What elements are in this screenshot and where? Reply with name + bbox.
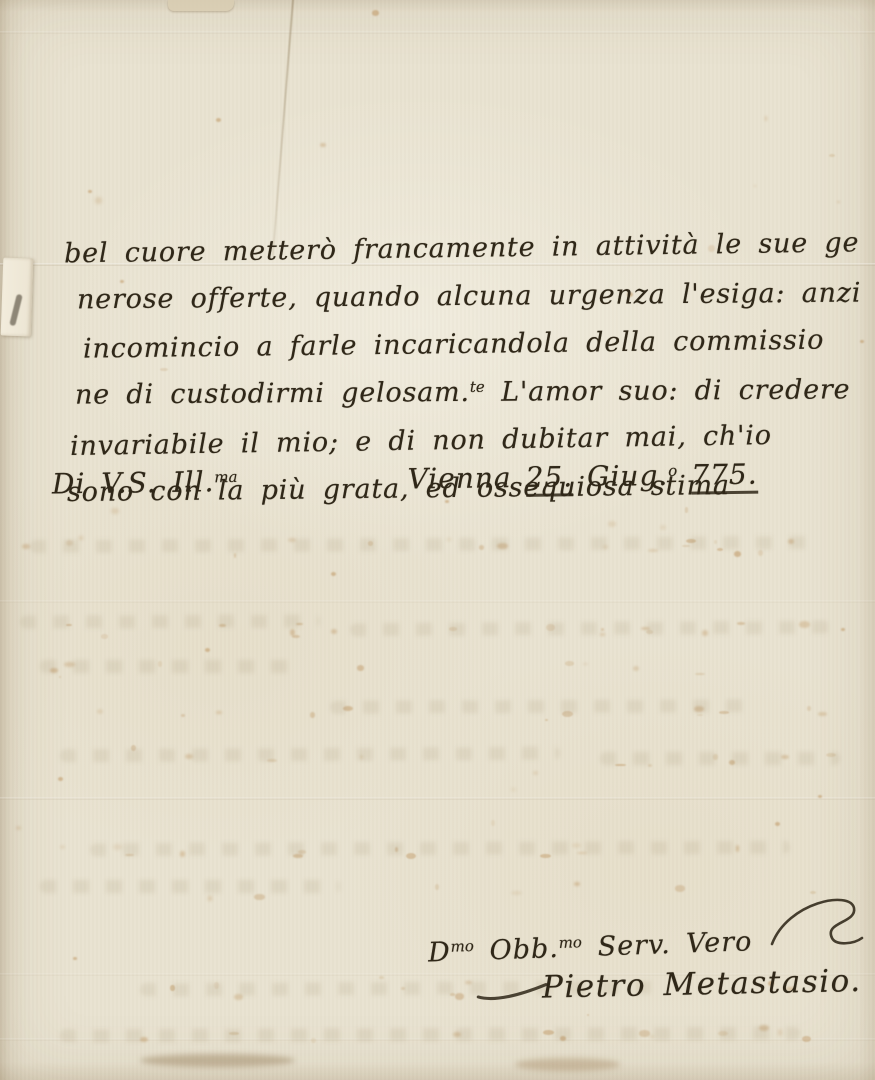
foxing-spot	[58, 777, 63, 781]
line-superscript: te	[470, 378, 485, 396]
tear-crease	[272, 0, 294, 256]
foxing-spot	[765, 116, 768, 121]
foxing-spot	[357, 665, 365, 671]
year-number: 775.	[691, 458, 758, 495]
foxing-spot	[562, 711, 573, 717]
foxing-spot	[435, 884, 439, 891]
foxing-spot	[686, 539, 696, 543]
foxing-spot	[714, 540, 717, 544]
foxing-spot	[234, 553, 236, 558]
foxing-spot	[641, 627, 651, 630]
foxing-spot	[343, 706, 353, 711]
foxing-spot	[208, 896, 212, 901]
foxing-spot	[73, 957, 77, 960]
foxing-spot	[288, 538, 295, 542]
foxing-spot	[180, 851, 186, 856]
foxing-spot	[368, 541, 374, 546]
foxing-spot	[587, 1014, 589, 1016]
ghost-text-row	[330, 699, 750, 713]
foxing-spot	[737, 622, 746, 625]
foxing-spot	[648, 764, 653, 767]
foxing-spot	[718, 1031, 729, 1036]
foxing-spot	[543, 1030, 554, 1035]
foxing-spot	[660, 525, 666, 531]
edge-smudge	[140, 1054, 295, 1067]
foxing-spot	[807, 706, 811, 711]
body-line-2: nerose offerte, quando alcuna urgenza l'…	[77, 267, 840, 322]
foxing-spot	[754, 185, 756, 188]
foxing-spot	[646, 630, 653, 634]
foxing-spot	[675, 885, 686, 891]
ghost-text-row	[90, 841, 790, 856]
foxing-spot	[818, 712, 827, 716]
foxing-spot	[781, 755, 789, 760]
foxing-spot	[601, 628, 605, 630]
day-number: 25.	[525, 460, 573, 497]
foxing-spot	[216, 711, 223, 714]
foxing-spot	[736, 845, 740, 852]
month-superscript: o	[668, 462, 677, 480]
foxing-spot	[540, 854, 551, 858]
foxing-spot	[79, 536, 83, 540]
foxing-spot	[379, 976, 384, 979]
foxing-spot	[401, 987, 405, 990]
foxing-spot	[788, 539, 794, 544]
foxing-spot	[360, 755, 363, 759]
foxing-spot	[574, 882, 580, 886]
foxing-spot	[695, 673, 705, 675]
foxing-spot	[59, 676, 61, 678]
foxing-spot	[234, 994, 244, 1000]
foxing-spot	[572, 843, 581, 848]
foxing-spot	[292, 635, 300, 638]
signature-block: Dmo Obb.mo Serv. Vero Pietro Metastasio.	[428, 930, 860, 1003]
foxing-spot	[372, 10, 379, 16]
foxing-spot	[702, 630, 709, 636]
foxing-spot	[511, 891, 522, 895]
fold-crease	[0, 797, 875, 800]
foxing-spot	[113, 844, 123, 850]
line-text: bel cuore metterò francamente in attivit…	[64, 227, 875, 270]
foxing-spot	[331, 629, 337, 634]
line-text: L'amor suo: di credere	[485, 374, 851, 408]
foxing-spot	[497, 543, 507, 548]
foxing-spot	[860, 340, 864, 343]
foxing-spot	[298, 850, 306, 854]
foxing-spot	[759, 1025, 769, 1031]
foxing-spot	[799, 621, 810, 628]
signature-name: Pietro Metastasio.	[542, 963, 862, 1006]
foxing-spot	[296, 623, 303, 625]
line-text: nerose offerte, quando alcuna urgenza l'…	[77, 277, 861, 315]
foxing-spot	[778, 1029, 782, 1036]
foxing-spot	[713, 754, 718, 761]
foxing-spot	[533, 771, 538, 775]
foxing-spot	[648, 549, 657, 552]
foxing-spot	[600, 633, 605, 635]
foxing-spot	[66, 540, 73, 546]
line-text: incomincio a farle incaricandola della c…	[83, 325, 825, 365]
foxing-spot	[214, 982, 219, 988]
ghost-text-row	[600, 752, 840, 765]
foxing-spot	[694, 706, 704, 712]
foxing-spot	[449, 627, 456, 630]
ghost-text-row	[40, 660, 300, 673]
foxing-spot	[125, 854, 134, 856]
fold-crease	[0, 1038, 875, 1041]
foxing-spot	[583, 663, 587, 665]
foxing-spot	[545, 719, 548, 722]
foxing-spot	[267, 759, 277, 763]
ghost-text-row	[60, 747, 560, 763]
paper-grain	[0, 0, 875, 1080]
foxing-spot	[841, 628, 845, 631]
foxing-spot	[818, 795, 822, 798]
foxing-spot	[758, 550, 763, 556]
foxing-spot	[331, 572, 336, 576]
foxing-spot	[734, 551, 741, 557]
foxing-spot	[205, 648, 210, 652]
foxing-spot	[16, 826, 21, 829]
salutation: Di V.S. Ill.ma	[52, 465, 238, 501]
foxing-spot	[639, 1030, 649, 1036]
foxing-spot	[170, 985, 174, 992]
foxing-spot	[729, 760, 735, 765]
foxing-spot	[22, 544, 29, 549]
edge-smudge	[515, 1058, 620, 1071]
fold-crease	[0, 31, 875, 34]
foxing-spot	[293, 854, 302, 857]
foxing-spot	[479, 545, 484, 550]
foxing-spot	[447, 538, 450, 541]
dateline: Vienna25.Giug.o775.	[407, 458, 758, 496]
foxing-spot	[650, 1035, 653, 1038]
ghost-text-row	[40, 880, 340, 893]
foxing-spot	[615, 764, 626, 767]
body-line-3: incomincio a farle incaricandola della c…	[83, 313, 841, 370]
foxing-spot	[829, 154, 835, 157]
manuscript-page: bel cuore metterò francamente in attivit…	[0, 0, 875, 1080]
paper-stains	[0, 0, 875, 1080]
valediction-text: Obb.	[473, 933, 559, 967]
signature-name-row: Pietro Metastasio.	[476, 963, 861, 1007]
ghost-text-row	[20, 614, 320, 628]
foxing-spot	[60, 845, 66, 849]
foxing-spot	[511, 788, 516, 791]
foxing-spot	[254, 894, 265, 899]
foxing-spot	[185, 754, 193, 759]
place-name: Vienna	[407, 461, 511, 495]
fold-crease	[0, 600, 875, 603]
signature-lead-swash	[476, 980, 548, 1002]
foxing-spot	[406, 853, 416, 859]
foxing-spot	[181, 714, 185, 717]
foxing-spot	[826, 753, 836, 757]
foxing-spot	[95, 197, 101, 204]
foxing-spot	[633, 666, 639, 671]
foxing-spot	[453, 1032, 461, 1038]
salutation-superscript: ma	[214, 468, 237, 486]
foxing-spot	[719, 711, 729, 714]
month-text: Giug.	[587, 459, 669, 493]
foxing-spot	[66, 624, 72, 626]
foxing-spot	[560, 1036, 566, 1041]
month-name: Giug.o	[587, 459, 678, 493]
foxing-spot	[101, 634, 109, 639]
line-text: ne di custodirmi gelosam.	[75, 377, 470, 411]
foxing-spot	[320, 143, 325, 148]
foxing-spot	[310, 712, 314, 718]
foxing-spot	[802, 1036, 811, 1043]
foxing-spot	[837, 201, 840, 203]
foxing-spot	[565, 661, 575, 666]
foxing-spot	[290, 629, 295, 636]
foxing-spot	[50, 668, 58, 673]
foxing-spot	[97, 709, 103, 715]
foxing-spot	[697, 714, 703, 716]
foxing-spot	[395, 847, 398, 852]
foxing-spot	[88, 190, 92, 193]
foxing-spot	[682, 545, 690, 547]
ghost-text-row	[60, 1027, 800, 1043]
foxing-spot	[603, 545, 609, 548]
paper-tear-notch	[168, 0, 234, 11]
line-text: invariabile il mio; e di non dubitar mai…	[70, 420, 772, 462]
foxing-spot	[64, 662, 74, 667]
foxing-spot	[158, 661, 162, 667]
foxing-spot	[577, 852, 587, 855]
foxing-spot	[608, 521, 615, 527]
valediction-text: D	[428, 937, 452, 969]
body-line-1: bel cuore metterò francamente in attivit…	[64, 217, 841, 276]
ghost-text-row	[30, 536, 810, 553]
foxing-spot	[131, 745, 136, 751]
foxing-spot	[140, 1037, 148, 1042]
foxing-spot	[216, 118, 221, 122]
foxing-spot	[311, 1038, 317, 1043]
foxing-spot	[219, 624, 226, 627]
valediction-superscript: mo	[450, 937, 474, 956]
foxing-spot	[491, 820, 495, 827]
foxing-spot	[229, 1032, 238, 1035]
valediction-text: Serv. Vero	[582, 926, 753, 963]
foxing-spot	[775, 822, 780, 826]
valediction-superscript: mo	[558, 933, 582, 952]
body-line-4: ne di custodirmi gelosam.te L'amor suo: …	[75, 363, 840, 416]
salutation-text: Di V.S. Ill.	[52, 465, 215, 500]
foxing-spot	[546, 624, 555, 631]
ghost-text-row	[350, 621, 830, 637]
signature-valediction: Dmo Obb.mo Serv. Vero	[428, 922, 861, 968]
foxing-spot	[717, 548, 724, 551]
